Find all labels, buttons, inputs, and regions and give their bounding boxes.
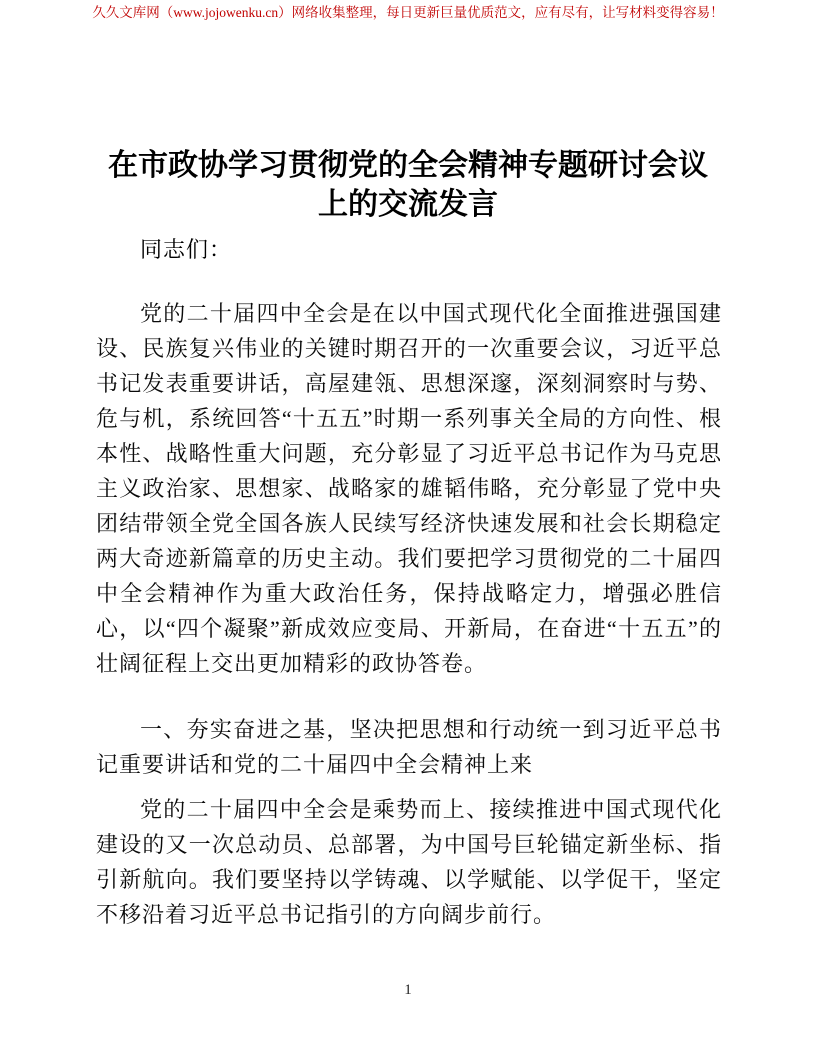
body-paragraph-1: 党的二十届四中全会是在以中国式现代化全面推进强国建设、民族复兴伟业的关键时期召开…	[96, 296, 722, 681]
page-number: 1	[0, 980, 816, 1000]
page-title: 在市政协学习贯彻党的全会精神专题研讨会议上的交流发言	[96, 146, 720, 224]
salutation-line: 同志们：	[96, 232, 722, 267]
document-page: 久久文库网（www.jojowenku.cn）网络收集整理，每日更新巨量优质范文…	[0, 0, 816, 1056]
section-heading-1: 一、夯实奋进之基，坚决把思想和行动统一到习近平总书记重要讲话和党的二十届四中全会…	[96, 712, 722, 782]
body-paragraph-2: 党的二十届四中全会是乘势而上、接续推进中国式现代化建设的又一次总动员、总部署，为…	[96, 792, 722, 932]
watermark-header-notice: 久久文库网（www.jojowenku.cn）网络收集整理，每日更新巨量优质范文…	[0, 4, 816, 21]
